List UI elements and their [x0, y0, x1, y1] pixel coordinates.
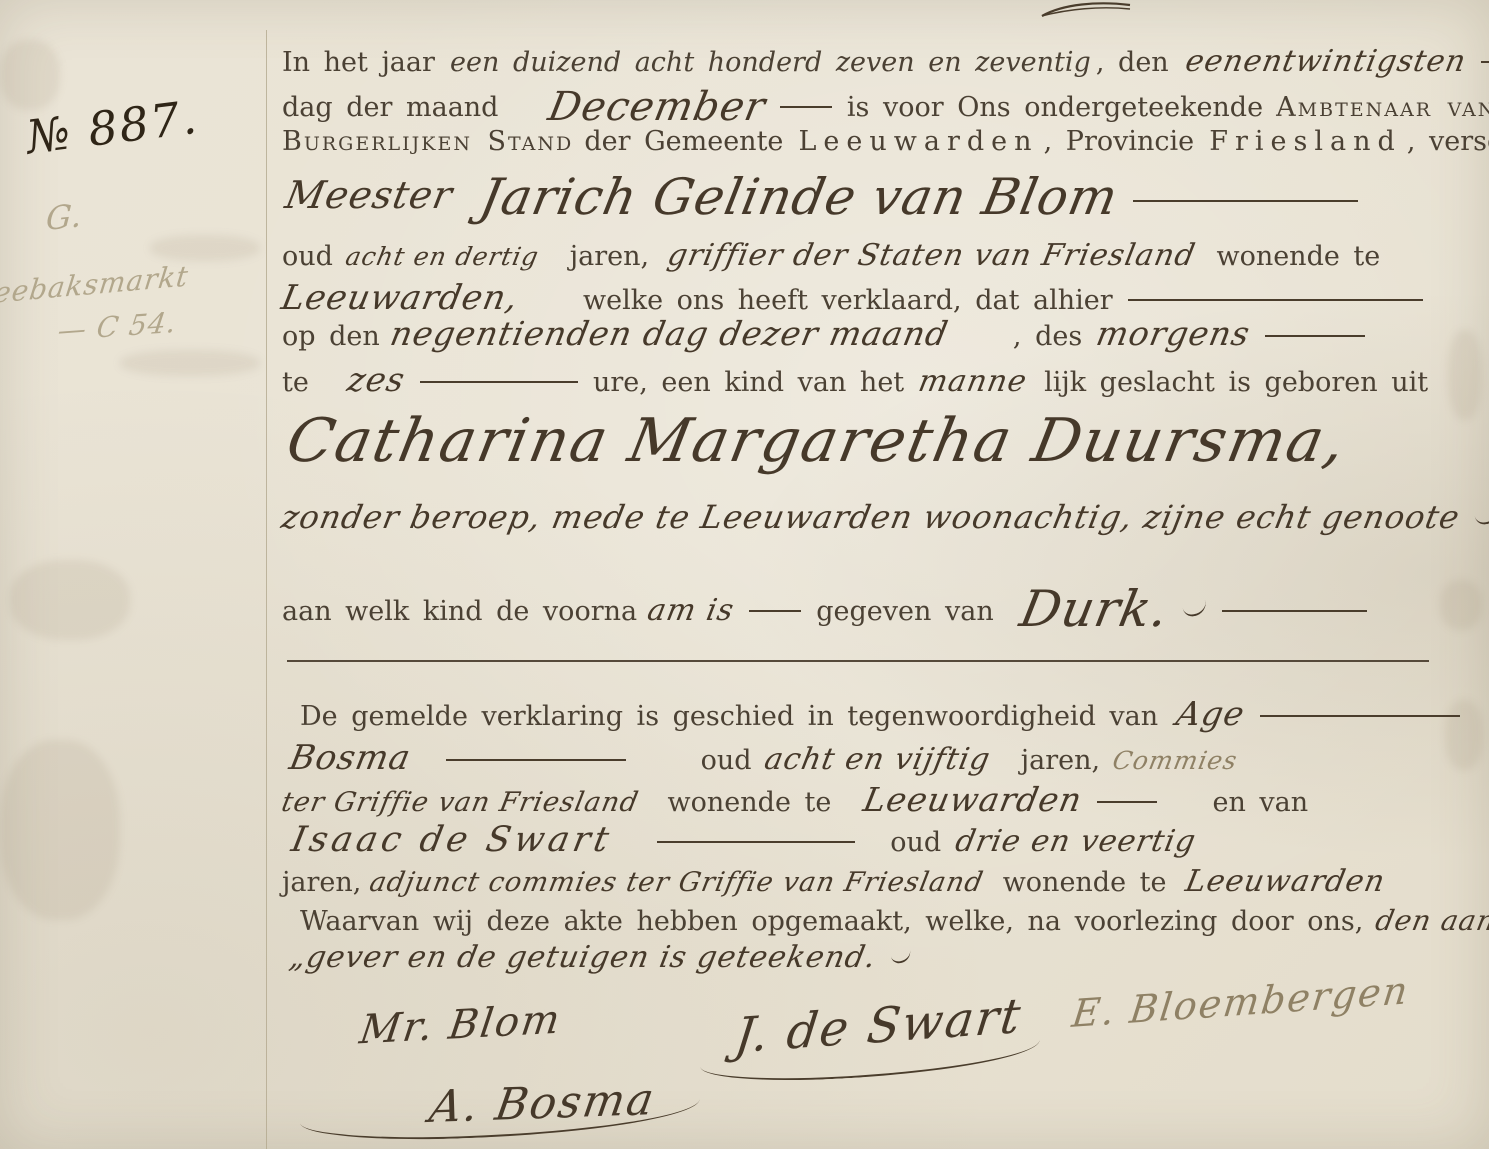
- printed-in-het-jaar: In het jaar: [282, 47, 435, 78]
- filler-rule: [1128, 299, 1423, 301]
- printed-dag-der-maand: dag der maand: [282, 92, 498, 123]
- printed-voornaam: aan welk kind de voorna: [282, 596, 637, 627]
- printed-der-gemeente: der Gemeente: [584, 126, 783, 157]
- birth-certificate-scan: № 887. G. eebaksmarkt — C 54. In het jaa…: [0, 0, 1489, 1149]
- mother-name-line: Catharina Margaretha Duursma,: [288, 406, 1346, 476]
- handwritten-witness2-occupation: adjunct commies ter Griffie van Frieslan…: [367, 867, 986, 898]
- printed-ure: ure, een kind van het: [593, 367, 904, 398]
- handwritten-month: December: [544, 84, 769, 130]
- show-through-smudge: [10, 560, 130, 640]
- handwritten-closing-2: „gever en de getuigen is geteekend.: [287, 940, 880, 975]
- printed-provincie-name: Friesland: [1209, 126, 1402, 157]
- handwritten-gender: manne: [916, 364, 1031, 399]
- handwritten-witness1-first-name: Age: [1173, 694, 1248, 733]
- handwritten-mother-name: Catharina Margaretha Duursma,: [281, 406, 1353, 476]
- birth-hour-line: te zes ure, een kind van het manne lijk …: [282, 360, 1428, 399]
- handwritten-time-of-day: morgens: [1094, 314, 1254, 353]
- filler-rule: [1265, 335, 1365, 337]
- handwritten-witness2-age: drie en veertig: [953, 824, 1200, 859]
- mother-details-line: zonder beroep, mede te Leeuwarden woonac…: [282, 498, 1489, 536]
- witness2-line-2: jaren, adjunct commies ter Griffie van F…: [282, 864, 1385, 899]
- pen-squiggle: [890, 947, 912, 964]
- printed-des: , des: [1013, 321, 1082, 352]
- section-separator-line: [287, 660, 1429, 662]
- show-through-smudge: [1440, 580, 1482, 630]
- witnesses-intro-line: De gemelde verklaring is geschied in teg…: [300, 694, 1470, 733]
- signature-flourish: [299, 1078, 701, 1144]
- closing-line-1: Waarvan wij deze akte hebben opgemaakt, …: [300, 904, 1489, 937]
- signature-registrar: E. Bloembergen: [1071, 968, 1411, 1035]
- witness2-line-1: Isaac de Swart oud drie en veertig: [292, 820, 1196, 860]
- filler-rule: [1222, 610, 1367, 612]
- printed-wonende-te-w2: wonende te: [1003, 867, 1167, 898]
- show-through-smudge: [1448, 330, 1482, 420]
- printed-gemeente-name: Leeuwarden: [799, 126, 1039, 157]
- printed-jaren: jaren,: [570, 241, 649, 272]
- declarant-name-line: Meester Jarich Gelinde van Blom: [286, 168, 1368, 226]
- handwritten-declarant-title: Meester: [282, 173, 457, 217]
- printed-year: een duizend acht honderd zeven en zevent…: [450, 47, 1091, 78]
- show-through-smudge: [120, 350, 260, 376]
- intro-line-3: Burgerlijken Stand der Gemeente Leeuward…: [282, 126, 1489, 157]
- printed-op-den: op den: [282, 321, 380, 352]
- filler-rule: [749, 610, 801, 612]
- margin-note-initial: G.: [45, 196, 84, 238]
- margin-note-street: eebaksmarkt: [0, 259, 191, 309]
- printed-oud-w1: oud: [701, 745, 752, 776]
- printed-verschenen: , verschenen:: [1407, 126, 1489, 157]
- signature-declarant-text: Mr. Blom: [357, 997, 565, 1054]
- handwritten-witness1-residence: Leeuwarden: [861, 780, 1086, 819]
- printed-burgerlijken-stand: Burgerlijken Stand: [282, 126, 573, 157]
- printed-wonende-te-w1: wonende te: [668, 787, 832, 818]
- printed-oud: oud: [282, 241, 333, 272]
- filler-rule: [1481, 61, 1489, 63]
- handwritten-witness1-occupation: Commies: [1110, 746, 1240, 775]
- handwritten-declarant-name: Jarich Gelinde van Blom: [476, 168, 1124, 226]
- birth-date-line: op den negentienden dag dezer maand , de…: [282, 314, 1375, 353]
- handwritten-witness1-occupation-2: ter Griffie van Friesland: [279, 787, 641, 818]
- printed-ambtenaar: Ambtenaar van den: [1276, 92, 1489, 123]
- signature-declarant: Mr. Blom: [359, 997, 562, 1053]
- printed-en-van: en van: [1212, 787, 1308, 818]
- handwritten-witness1-last-name: Bosma: [286, 738, 414, 778]
- handwritten-voornaam-suffix: am is: [645, 593, 738, 628]
- filler-rule: [420, 381, 578, 383]
- child-name-line: aan welk kind de voorna am is gegeven va…: [282, 580, 1377, 638]
- signature-registrar-text: E. Bloembergen: [1070, 968, 1412, 1036]
- printed-gegeven-van: gegeven van: [816, 596, 993, 627]
- handwritten-child-name: Durk.: [1015, 580, 1174, 638]
- handwritten-day: eenentwintigsten: [1182, 44, 1469, 79]
- filler-rule: [446, 759, 626, 761]
- printed-wonende-te: wonende te: [1216, 241, 1380, 272]
- handwritten-mother-details: zonder beroep, mede te Leeuwarden woonac…: [278, 498, 1463, 536]
- show-through-smudge: [0, 740, 120, 920]
- printed-closing: Waarvan wij deze akte hebben opgemaakt, …: [300, 906, 1363, 937]
- filler-rule: [1097, 801, 1157, 803]
- closing-line-2: „gever en de getuigen is geteekend.: [290, 940, 911, 975]
- intro-line-1: In het jaar een duizend acht honderd zev…: [282, 44, 1489, 79]
- handwritten-witness2-name: Isaac de Swart: [288, 820, 616, 860]
- margin-note-house-number: — C 54.: [56, 306, 179, 348]
- handwritten-closing-1: den aan—: [1373, 904, 1489, 937]
- margin-divider-line: [266, 30, 267, 1149]
- printed-den: , den: [1096, 47, 1169, 78]
- filler-rule: [657, 841, 855, 843]
- printed-te: te: [282, 367, 309, 398]
- pen-flourish: [1038, 0, 1138, 22]
- pen-squiggle: [1182, 600, 1208, 618]
- witness1-line-1: Bosma oud acht en vijftig jaren, Commies: [290, 738, 1237, 778]
- printed-oud-w2: oud: [890, 827, 941, 858]
- witness1-line-2: ter Griffie van Friesland wonende te Lee…: [282, 780, 1308, 819]
- printed-witness-intro: De gemelde verklaring is geschied in teg…: [300, 701, 1158, 732]
- handwritten-declarant-residence: Leeuwarden,: [278, 278, 522, 318]
- declarant-details-line-1: oud acht en dertig jaren, griffier der S…: [282, 238, 1380, 273]
- declarant-details-line-2: Leeuwarden, welke ons heeft verklaard, d…: [282, 278, 1433, 318]
- filler-rule: [1260, 715, 1460, 717]
- handwritten-hour: zes: [344, 360, 408, 399]
- show-through-smudge: [0, 40, 60, 110]
- filler-rule: [780, 106, 832, 108]
- handwritten-birth-day: negentienden dag dezer maand: [387, 314, 952, 353]
- show-through-smudge: [150, 235, 260, 261]
- printed-verklaard: welke ons heeft verklaard, dat alhier: [583, 285, 1113, 316]
- intro-line-2: dag der maand December is voor Ons onder…: [282, 84, 1489, 130]
- printed-jaren-w1: jaren,: [1021, 745, 1100, 776]
- filler-rule: [1133, 200, 1358, 202]
- handwritten-declarant-occupation: griffier der Staten van Friesland: [665, 238, 1199, 273]
- handwritten-witness1-age: acht en vijftig: [761, 742, 993, 777]
- printed-provincie-label: , Provincie: [1044, 126, 1195, 157]
- printed-jaren-w2: jaren,: [282, 867, 361, 898]
- handwritten-declarant-age: acht en dertig: [343, 242, 541, 271]
- pen-squiggle: [1474, 508, 1489, 526]
- handwritten-witness2-residence: Leeuwarden: [1182, 864, 1388, 899]
- printed-geslacht: lijk geslacht is geboren uit: [1044, 367, 1428, 398]
- printed-is-voor-ons: is voor Ons ondergeteekende: [847, 92, 1263, 123]
